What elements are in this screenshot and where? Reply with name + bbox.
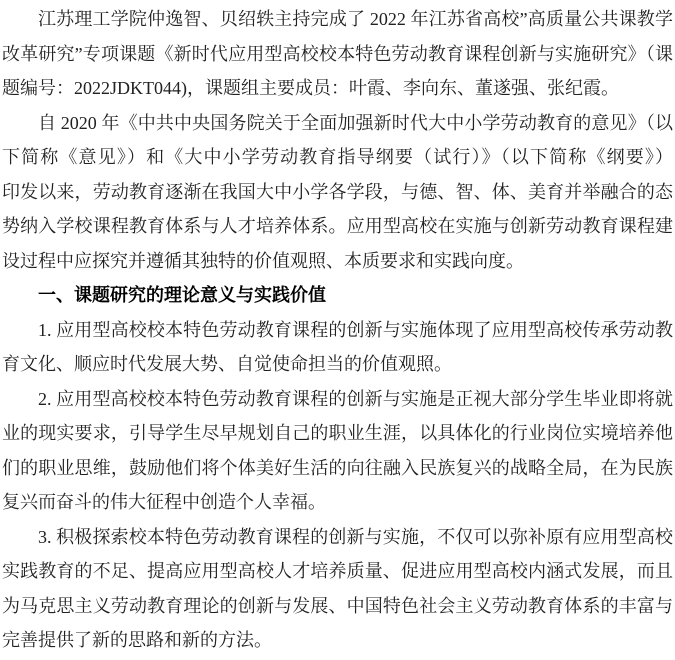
paragraph-line: 设过程中应探究并遵循其独特的价值观照、本质要求和实践向度。 — [2, 244, 673, 279]
paragraph-line: 下简称《意见》）和《大中小学劳动教育指导纲要（试行）》（以下简称《纲要》） — [2, 140, 673, 175]
paragraph-line: 1. 应用型高校校本特色劳动教育课程的创新与实施体现了应用型高校传承劳动教 — [2, 313, 673, 348]
paragraph-line: 完善提供了新的思路和新的方法。 — [2, 623, 673, 658]
paragraph-line: 印发以来，劳动教育逐渐在我国大中小学各学段，与德、智、体、美育并举融合的态 — [2, 175, 673, 210]
paragraph-line: 江苏理工学院仲逸智、贝绍轶主持完成了 2022 年江苏省高校”高质量公共课教学 — [2, 2, 673, 37]
paragraph-line: 实践教育的不足、提高应用型高校人才培养质量、促进应用型高校内涵式发展，而且 — [2, 554, 673, 589]
section-heading: 一、课题研究的理论意义与实践价值 — [2, 278, 673, 313]
paragraph-line: 势纳入学校课程教育体系与人才培养体系。应用型高校在实施与创新劳动教育课程建 — [2, 209, 673, 244]
paragraph-line: 2. 应用型高校校本特色劳动教育课程的创新与实施是正视大部分学生毕业即将就 — [2, 382, 673, 417]
paragraph-line: 复兴而奋斗的伟大征程中创造个人幸福。 — [2, 485, 673, 520]
paragraph-line: 改革研究”专项课题《新时代应用型高校校本特色劳动教育课程创新与实施研究》（课 — [2, 37, 673, 72]
paragraph-line: 们的职业思维，鼓励他们将个体美好生活的向往融入民族复兴的战略全局，在为民族 — [2, 451, 673, 486]
document-page: 江苏理工学院仲逸智、贝绍轶主持完成了 2022 年江苏省高校”高质量公共课教学 … — [0, 0, 675, 660]
paragraph-line: 题编号：2022JDKT044)，课题组主要成员：叶霞、李向东、董遂强、张纪霞。 — [2, 71, 673, 106]
paragraph-line: 业的现实要求，引导学生尽早规划自己的职业生涯，以具体化的行业岗位实境培养他 — [2, 416, 673, 451]
paragraph-line: 3. 积极探索校本特色劳动教育课程的创新与实施，不仅可以弥补原有应用型高校 — [2, 520, 673, 555]
paragraph-line: 自 2020 年《中共中央国务院关于全面加强新时代大中小学劳动教育的意见》（以 — [2, 106, 673, 141]
paragraph-line: 育文化、顺应时代发展大势、自觉使命担当的价值观照。 — [2, 347, 673, 382]
paragraph-line: 为马克思主义劳动教育理论的创新与发展、中国特色社会主义劳动教育体系的丰富与 — [2, 589, 673, 624]
